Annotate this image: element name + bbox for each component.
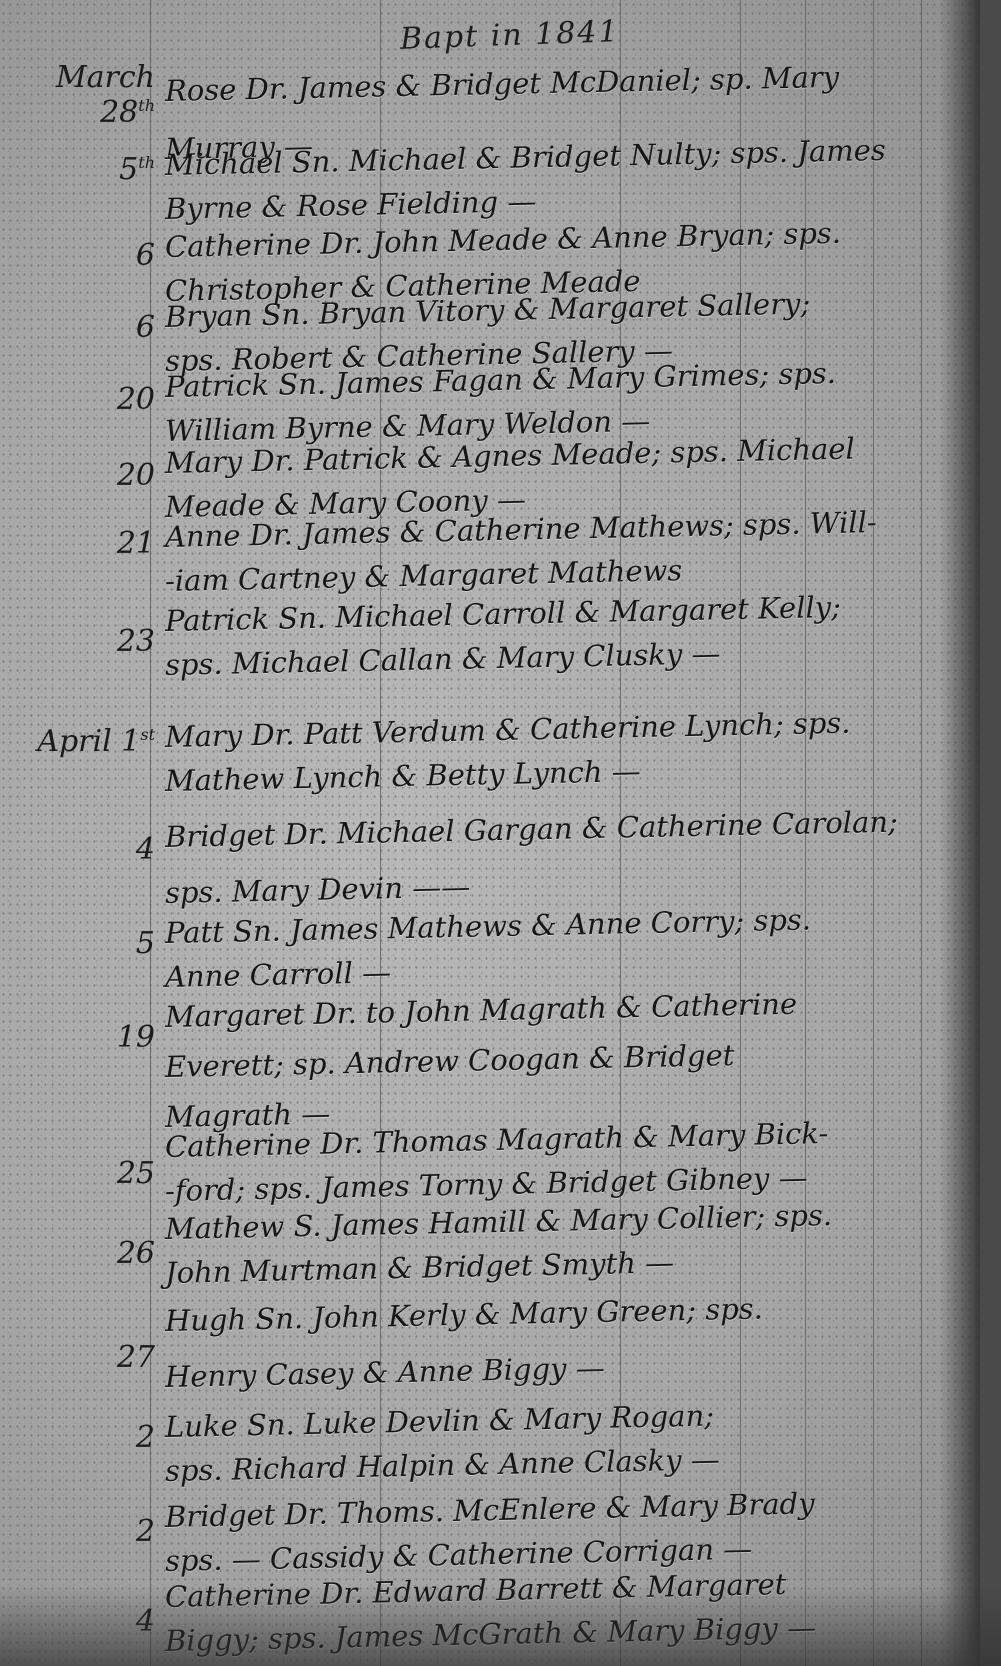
entry-day-suffix: th (138, 96, 155, 115)
page-heading: Bapt in 1841 (399, 14, 620, 57)
entry-date: 5 (20, 926, 155, 961)
entry-month: April (37, 724, 111, 759)
entry-day: 28 (100, 95, 138, 130)
entry-day: 25 (117, 1156, 155, 1191)
entry-day: 4 (136, 832, 155, 867)
entry-date: April 1st (20, 724, 155, 759)
entry-line: sps. Michael Callan & Mary Clusky — (165, 631, 966, 682)
page-edge-shadow (940, 0, 980, 1666)
entry-day: 1 (121, 724, 140, 759)
entry-day: 19 (117, 1020, 155, 1055)
entry-date: 6 (20, 310, 155, 345)
entry-date: 2 (20, 1514, 155, 1549)
entry-line: Henry Casey & Anne Biggy — (165, 1343, 966, 1394)
entry-line: Luke Sn. Luke Devlin & Mary Rogan; (165, 1393, 966, 1444)
entry-line: John Murtman & Bridget Smyth — (165, 1239, 966, 1290)
entry-day-suffix: st (140, 725, 155, 744)
entry-line: Hugh Sn. John Kerly & Mary Green; sps. (165, 1287, 966, 1338)
page-bottom-shadow (0, 1586, 1001, 1666)
entry-date: 21 (20, 526, 155, 561)
entry-day: 2 (136, 1420, 155, 1455)
entry-day: 27 (117, 1340, 155, 1375)
entry-date: 23 (20, 624, 155, 659)
entry-date: 5th (20, 152, 155, 187)
entry-line: Rose Dr. James & Bridget McDaniel; sp. M… (165, 57, 966, 108)
entry-date: 20 (20, 458, 155, 493)
entry-line: Bridget Dr. Michael Gargan & Catherine C… (165, 803, 966, 854)
entry-line: Bridget Dr. Thoms. McEnlere & Mary Brady (165, 1483, 966, 1534)
entry-line: Everett; sp. Andrew Coogan & Bridget (165, 1033, 966, 1084)
entry-line: Mathew Lynch & Betty Lynch — (165, 747, 966, 798)
entry-line: Mary Dr. Patt Verdum & Catherine Lynch; … (165, 703, 966, 754)
entry-day-suffix: th (138, 153, 155, 172)
entry-date: March 28th (20, 60, 155, 130)
entry-date: 6 (20, 238, 155, 273)
entry-day: 21 (117, 526, 155, 561)
entry-date: 2 (20, 1420, 155, 1455)
entry-day: 6 (136, 238, 155, 273)
entry-line: sps. Richard Halpin & Anne Clasky — (165, 1437, 966, 1488)
entry-day: 5 (119, 152, 138, 187)
entry-day: 23 (117, 624, 155, 659)
entry-date: 4 (20, 832, 155, 867)
entry-month: March (56, 60, 155, 95)
entry-date: 19 (20, 1020, 155, 1055)
entry-day: 26 (117, 1236, 155, 1271)
entry-day: 20 (117, 382, 155, 417)
entry-day: 6 (136, 310, 155, 345)
register-page: Bapt in 1841 March 28th Rose Dr. James &… (0, 0, 980, 1666)
entry-day: 2 (136, 1514, 155, 1549)
entry-date: 26 (20, 1236, 155, 1271)
entry-date: 20 (20, 382, 155, 417)
entry-date: 25 (20, 1156, 155, 1191)
entry-day: 20 (117, 458, 155, 493)
entry-day: 5 (136, 926, 155, 961)
entry-date: 27 (20, 1340, 155, 1375)
